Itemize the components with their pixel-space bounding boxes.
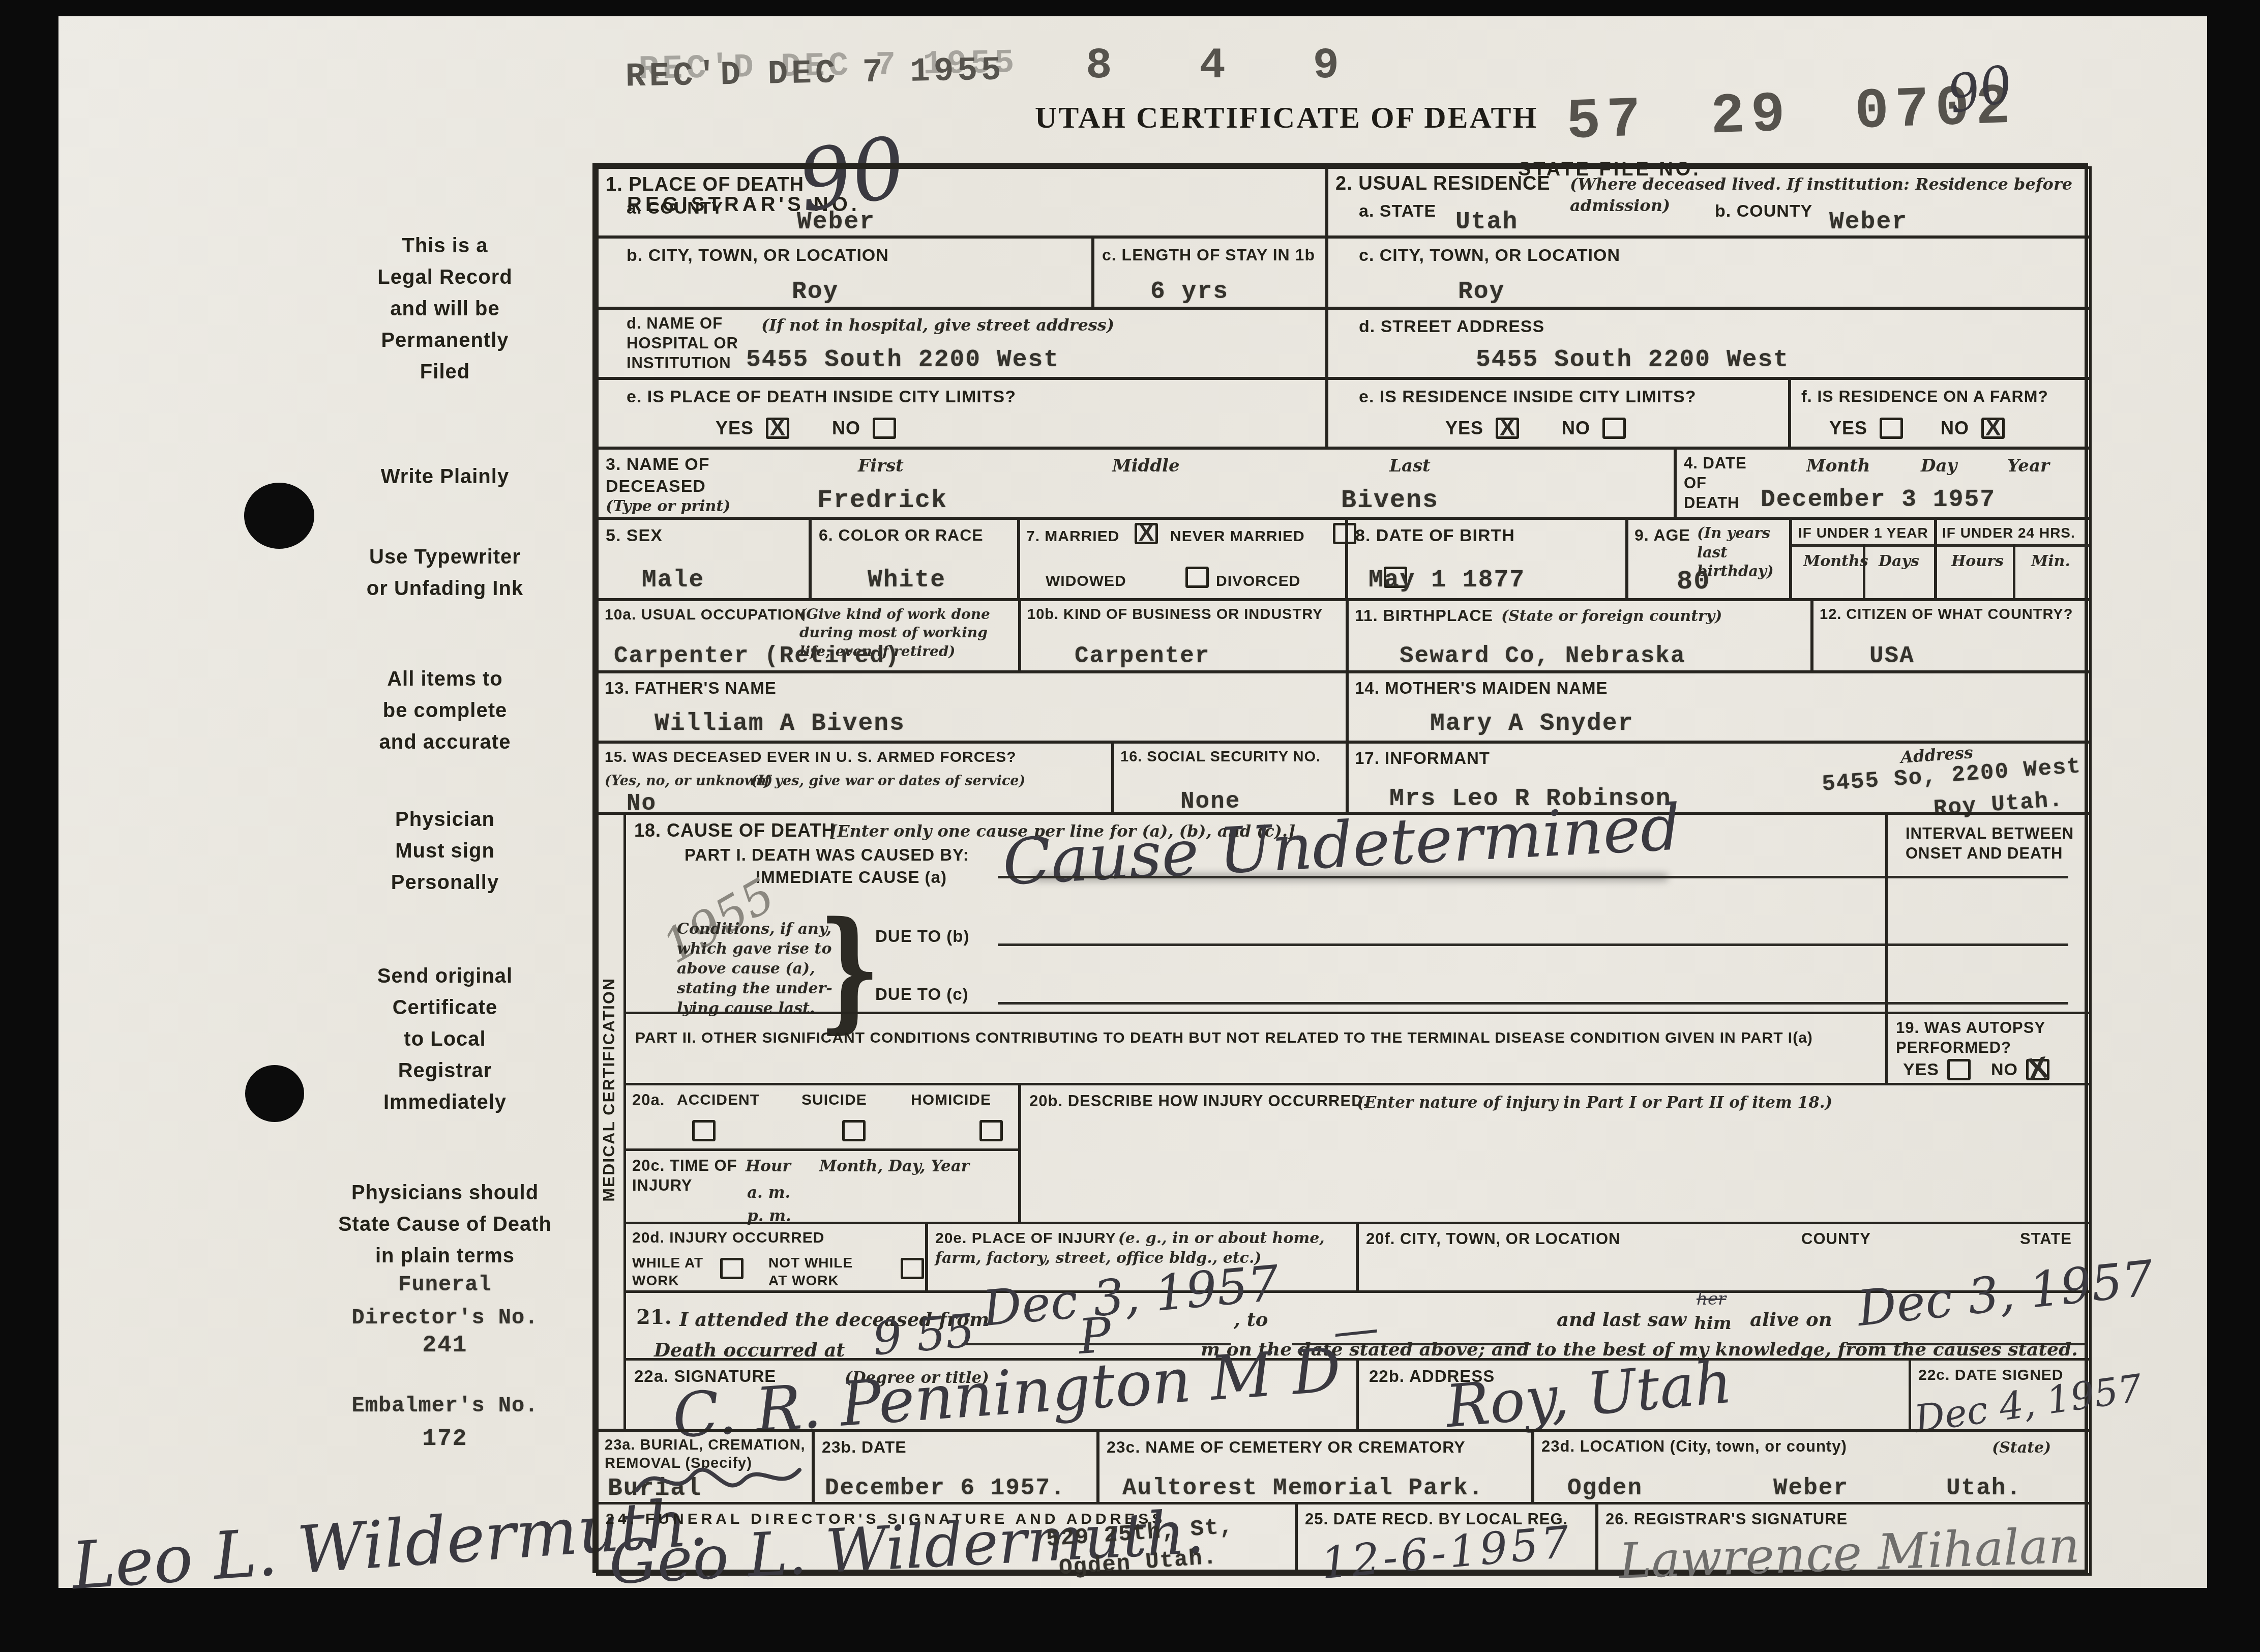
field-23b-date: 23b. DATE December 6 1957. [812, 1429, 1099, 1504]
field-1b-label: b. CITY, TOWN, OR LOCATION [627, 245, 889, 267]
field-20c-time-of-injury: 20c. TIME OF INJURY Hour Month, Day, Yea… [623, 1148, 1021, 1224]
field-8-date-of-birth: 8. DATE OF BIRTH May 1 1877 [1346, 517, 1628, 601]
under-24-hrs-header: IF UNDER 24 HRS. [1942, 524, 2075, 542]
field-1e-no-checkbox [873, 418, 896, 439]
field-18-part2: PART II. OTHER SIGNIFICANT CONDITIONS CO… [623, 1012, 1888, 1085]
field-18-cause-of-death: 18. CAUSE OF DEATH [Enter only one cause… [623, 812, 1888, 1014]
while-at-work-checkbox [720, 1258, 744, 1279]
field-2e-no-label: NO [1562, 417, 1590, 439]
field-8-value: May 1 1877 [1369, 567, 1525, 594]
field-1e-yes-label: YES [716, 417, 754, 439]
months-header: Months [1803, 551, 1868, 571]
field-9-note: (In years last birthday) [1697, 524, 1789, 581]
field-4-year-header: Year [2007, 455, 2049, 477]
field-23d-county-value: Weber [1773, 1475, 1849, 1501]
field-21-time-handwritten: 9 55 [871, 1304, 977, 1366]
field-2f-yes-checkbox [1880, 418, 1903, 439]
field-7-married-checkbox: X [1135, 523, 1158, 544]
field-2c-value: Roy [1458, 278, 1505, 306]
margin-note-plain-terms: Physicians should State Cause of Death i… [303, 1177, 587, 1272]
field-12-citizen: 12. CITIZEN OF WHAT COUNTRY? USA [1811, 599, 2092, 673]
field-20a-accident-suicide-homicide: 20a. ACCIDENT SUICIDE HOMICIDE [623, 1083, 1021, 1151]
month-day-year-header: Month, Day, Year [819, 1156, 969, 1176]
medical-certification-label: MEDICAL CERTIFICATION [600, 978, 618, 1202]
homicide-checkbox [979, 1120, 1003, 1141]
field-10a-occupation: 10a. USUAL OCCUPATION (Give kind of work… [596, 599, 1021, 673]
field-23b-value: December 6 1957. [825, 1475, 1066, 1501]
suicide-checkbox [842, 1120, 866, 1141]
field-1-place-of-death: 1. PLACE OF DEATH a. COUNTY Weber [596, 166, 1328, 238]
field-3-last-value: Bivens [1341, 486, 1439, 515]
field-1d-value: 5455 South 2200 West [746, 346, 1059, 374]
field-10b-value: Carpenter [1075, 643, 1210, 669]
not-while-at-work-checkbox [901, 1258, 924, 1279]
field-13-value: William A Bivens [655, 710, 905, 737]
field-12-value: USA [1869, 643, 1915, 669]
field-5-sex: 5. SEX Male [596, 517, 811, 601]
not-while-at-work-label: NOT WHILE AT WORK [768, 1254, 853, 1289]
field-2f-yes-label: YES [1829, 417, 1867, 439]
field-23d-location: 23d. LOCATION (City, town, or county) (S… [1532, 1429, 2092, 1504]
field-1d-note: (If not in hospital, give street address… [761, 315, 1114, 336]
field-23d-state-value: Utah. [1946, 1475, 2021, 1501]
field-9-age: 9. AGE (In years last birthday) 80 [1626, 517, 1792, 601]
field-21-text2: and last saw [1557, 1307, 1686, 1332]
field-9-value: 80 [1677, 567, 1710, 597]
field-5-value: Male [642, 567, 704, 594]
hour-header: Hour [746, 1156, 791, 1176]
field-13-label: 13. FATHER'S NAME [605, 677, 777, 698]
field-20b-label: 20b. DESCRIBE HOW INJURY OCCURRED. [1029, 1091, 1368, 1111]
field-2f-no-label: NO [1941, 417, 1969, 439]
am-label: a. m. [747, 1183, 790, 1203]
accident-label: ACCIDENT [677, 1090, 760, 1110]
field-18-due-c-label: DUE TO (c) [875, 984, 969, 1005]
field-12-label: 12. CITIZEN OF WHAT COUNTRY? [1820, 605, 2073, 624]
accident-checkbox [692, 1120, 716, 1141]
field-3-name-of-deceased: 3. NAME OF DECEASED (Type or print) Firs… [596, 447, 1676, 519]
funeral-director-no-value: 241 [303, 1327, 587, 1364]
field-15-note2: (If yes, give war or dates of service) [751, 772, 1025, 790]
field-11-note: (State or foreign country) [1501, 606, 1722, 626]
field-21-her-struck: her [1697, 1289, 1726, 1309]
field-3-first-header: First [858, 455, 904, 477]
field-17-label: 17. INFORMANT [1355, 748, 1490, 769]
field-10b-industry: 10b. KIND OF BUSINESS OR INDUSTRY Carpen… [1019, 599, 1348, 673]
field-4-date-of-death: 4. DATE OF DEATH Month Day Year December… [1674, 447, 2092, 519]
field-1e-city-limits: e. IS PLACE OF DEATH INSIDE CITY LIMITS?… [596, 377, 1328, 449]
field-16-ssn: 16. SOCIAL SECURITY NO. None [1112, 741, 1348, 814]
certificate-paper: REC'D DEC 7 1955 8 4 9 REGISTRAR'S NO. 9… [58, 16, 2207, 1588]
certificate-form-grid: 1. PLACE OF DEATH a. COUNTY Weber 2. USU… [592, 163, 2088, 1573]
field-23c-label: 23c. NAME OF CEMETERY OR CREMATORY [1107, 1437, 1466, 1457]
certificate-title: UTAH CERTIFICATE OF DEATH [1035, 100, 1538, 135]
field-9-label: 9. AGE [1634, 525, 1690, 545]
field-22b-handwritten: Roy, Utah [1443, 1348, 1735, 1441]
field-2f-no-checkbox: X [1981, 418, 2005, 439]
field-2c-label: c. CITY, TOWN, OR LOCATION [1359, 245, 1620, 267]
suicide-label: SUICIDE [801, 1090, 867, 1110]
field-15-label: 15. WAS DECEASED EVER IN U. S. ARMED FOR… [605, 748, 1017, 767]
field-10b-label: 10b. KIND OF BUSINESS OR INDUSTRY [1027, 605, 1323, 624]
field-20f-state-header: STATE [2020, 1229, 2072, 1249]
field-22b-address: 22b. ADDRESS Roy, Utah [1356, 1358, 1911, 1432]
field-7-widowed-label: WIDOWED [1046, 572, 1126, 591]
field-11-label: 11. BIRTHPLACE [1355, 605, 1493, 626]
margin-note-use-typewriter: Use Typewriter or Unfading Ink [303, 541, 587, 604]
field-23b-label: 23b. DATE [822, 1437, 907, 1457]
interval-label: INTERVAL BETWEEN ONSET AND DEATH [1906, 824, 2074, 864]
field-21-him: him [1694, 1312, 1732, 1335]
field-11-value: Seward Co, Nebraska [1400, 643, 1686, 669]
under-1-year-header: IF UNDER 1 YEAR [1798, 524, 1928, 542]
homicide-label: HOMICIDE [911, 1090, 991, 1110]
field-19-no-checkbox: X [2026, 1059, 2049, 1080]
field-4-day-header: Day [1921, 455, 1957, 477]
field-21-number: 21. [636, 1304, 672, 1331]
field-2e-city-limits: e. IS RESIDENCE INSIDE CITY LIMITS? YES … [1326, 377, 1791, 449]
funeral-director-no-label: Funeral Director's No. [303, 1268, 587, 1335]
field-2d-value: 5455 South 2200 West [1476, 346, 1789, 374]
field-20c-label: 20c. TIME OF INJURY [632, 1156, 737, 1196]
field-2e-label: e. IS RESIDENCE INSIDE CITY LIMITS? [1359, 386, 1696, 408]
field-22a-signature: 22a. SIGNATURE (Degree or title) C. R. P… [623, 1358, 1359, 1432]
field-10a-label: 10a. USUAL OCCUPATION [605, 605, 806, 625]
field-18-label: 18. CAUSE OF DEATH [634, 819, 835, 842]
field-20e-label: 20e. PLACE OF INJURY [935, 1230, 1116, 1247]
field-9-under-24-hrs: IF UNDER 24 HRS. Hours Min. [1935, 517, 2092, 601]
field-1d-hospital: d. NAME OF HOSPITAL OR INSTITUTION (If n… [596, 307, 1328, 379]
embalmer-no-value: 172 [303, 1421, 587, 1457]
punch-hole-bottom [245, 1065, 304, 1122]
field-11-birthplace: 11. BIRTHPLACE (State or foreign country… [1346, 599, 1813, 673]
field-19-yes-label: YES [1903, 1059, 1939, 1081]
under-24-hrs-col-divider [2013, 544, 2015, 598]
field-20f-county-header: COUNTY [1801, 1229, 1871, 1249]
field-2d-label: d. STREET ADDRESS [1359, 316, 1544, 338]
field-3-first-value: Fredrick [817, 486, 947, 515]
margin-note-send-original: Send original Certificate to Local Regis… [303, 960, 587, 1118]
field-13-father-name: 13. FATHER'S NAME William A Bivens [596, 671, 1348, 743]
field-2f-yes-no: YES NO X [1829, 417, 2005, 439]
interval-column: INTERVAL BETWEEN ONSET AND DEATH [1885, 812, 2092, 1014]
field-18-conditions-note: Conditions, if any, which gave rise to a… [677, 919, 832, 1018]
field-2e-yes-label: YES [1445, 417, 1483, 439]
scanned-death-certificate: { "header": { "received_stamp": "REC'D D… [0, 0, 2260, 1652]
field-1c-label: c. LENGTH OF STAY IN 1b [1102, 245, 1315, 265]
medical-certification-strip: MEDICAL CERTIFICATION [596, 812, 626, 1431]
field-19-no-label: NO [1991, 1059, 2018, 1081]
field-19-yes-checkbox [1947, 1059, 1971, 1080]
field-2-title-note: (Where deceased lived. If institution: R… [1570, 174, 2078, 216]
field-9-under-1-year: IF UNDER 1 YEAR Months Days [1790, 517, 1937, 601]
field-23a-burial: 23a. BURIAL, CREMATION, REMOVAL (Specify… [596, 1429, 814, 1504]
received-stamp-digits: 8 4 9 [1086, 41, 1370, 91]
field-4-month-header: Month [1806, 455, 1870, 477]
field-3-note: (Type or print) [606, 496, 730, 516]
field-6-color-or-race: 6. COLOR OR RACE White [809, 517, 1020, 601]
field-26-registrar-signature: 26. REGISTRAR'S SIGNATURE Lawrence Mihal… [1596, 1502, 2092, 1576]
field-25-date-received: 25. DATE RECD. BY LOCAL REG. 12-6-1957 [1295, 1502, 1598, 1576]
field-7-widowed-checkbox [1185, 567, 1209, 588]
field-3-last-header: Last [1389, 455, 1431, 477]
margin-note-legal-record: This is a Legal Record and will be Perma… [303, 230, 587, 388]
field-19-autopsy: 19. WAS AUTOPSY PERFORMED? YES NO X [1885, 1012, 2092, 1085]
embalmer-no-label: Embalmer's No. [303, 1390, 587, 1423]
field-2e-no-checkbox [1602, 418, 1626, 439]
field-3-title: 3. NAME OF DECEASED [606, 454, 710, 497]
field-20d-injury-occurred: 20d. INJURY OCCURRED WHILE AT WORK NOT W… [623, 1222, 928, 1293]
handwriting-scrawl [634, 1452, 802, 1508]
field-24-funeral-director: 24. FUNERAL DIRECTOR'S SIGNATURE AND ADD… [596, 1502, 1297, 1576]
field-2f-label: f. IS RESIDENCE ON A FARM? [1801, 386, 2048, 406]
field-2d-street-address: d. STREET ADDRESS 5455 South 2200 West [1326, 307, 2092, 379]
field-2a-value: Utah [1455, 209, 1518, 236]
margin-note-write-plainly: Write Plainly [303, 461, 587, 492]
field-2f-farm: f. IS RESIDENCE ON A FARM? YES NO X [1789, 377, 2092, 449]
field-21-text3: alive on [1750, 1307, 1832, 1332]
field-23d-state-note: (State) [1992, 1438, 2051, 1458]
punch-hole-top [244, 483, 314, 549]
field-15-armed-forces: 15. WAS DECEASED EVER IN U. S. ARMED FOR… [596, 741, 1114, 814]
field-7-marital-status: 7. MARRIED X NEVER MARRIED WIDOWED DIVOR… [1018, 517, 1348, 601]
field-4-title: 4. DATE OF DEATH [1684, 454, 1747, 513]
field-2e-yes-checkbox: X [1496, 418, 1519, 439]
field-15-note1: (Yes, no, or unknown) [605, 772, 772, 790]
field-7-never-married-label: NEVER MARRIED [1170, 527, 1305, 546]
field-6-value: White [868, 567, 946, 594]
field-16-label: 16. SOCIAL SECURITY NO. [1120, 748, 1321, 766]
field-18-part1-label: PART I. DEATH WAS CAUSED BY: [685, 844, 969, 865]
field-23d-city-value: Ogden [1567, 1475, 1643, 1501]
field-2c-city: c. CITY, TOWN, OR LOCATION Roy [1326, 236, 2092, 309]
field-18-part2-label: PART II. OTHER SIGNIFICANT CONDITIONS CO… [635, 1028, 1871, 1048]
field-7-married-label: 7. MARRIED [1026, 527, 1119, 546]
field-19-yes-no: YES NO X [1903, 1059, 2049, 1081]
field-1a-label: a. COUNTY [627, 197, 723, 219]
field-1-title: 1. PLACE OF DEATH [606, 173, 804, 197]
field-21-to-label: , to [1234, 1307, 1268, 1332]
field-14-value: Mary A Snyder [1430, 710, 1633, 737]
field-1e-yes-checkbox: X [766, 418, 789, 439]
field-14-mother-name: 14. MOTHER'S MAIDEN NAME Mary A Snyder [1346, 671, 2092, 743]
field-20b-note: (Enter nature of injury in Part I or Par… [1357, 1093, 1832, 1113]
field-2a-label: a. STATE [1359, 200, 1436, 222]
min-header: Min. [2031, 551, 2070, 571]
field-10a-value: Carpenter (Retired) [614, 643, 900, 669]
field-1b-city: b. CITY, TOWN, OR LOCATION Roy [596, 236, 1094, 309]
field-20d-label: 20d. INJURY OCCURRED [632, 1228, 824, 1248]
field-2-title: 2. USUAL RESIDENCE [1335, 172, 1551, 196]
field-19-label: 19. WAS AUTOPSY PERFORMED? [1896, 1018, 2045, 1058]
field-1d-label: d. NAME OF HOSPITAL OR INSTITUTION [627, 314, 738, 373]
field-18-due-b-label: DUE TO (b) [875, 926, 969, 947]
field-14-label: 14. MOTHER'S MAIDEN NAME [1355, 677, 1608, 698]
field-20f-label: 20f. CITY, TOWN, OR LOCATION [1366, 1229, 1620, 1249]
hours-header: Hours [1951, 551, 2004, 571]
field-1a-value: Weber [797, 209, 875, 236]
margin-note-items-complete: All items to be complete and accurate [303, 663, 587, 758]
field-1c-value: 6 yrs [1150, 278, 1229, 306]
while-at-work-label: WHILE AT WORK [632, 1254, 703, 1289]
field-2b-value: Weber [1829, 209, 1908, 236]
days-header: Days [1879, 551, 1919, 571]
field-1e-yes-no: YES X NO [716, 417, 896, 439]
margin-note-physician-sign: Physician Must sign Personally [303, 804, 587, 898]
field-2b-label: b. COUNTY [1715, 200, 1812, 222]
field-6-label: 6. COLOR OR RACE [819, 525, 984, 545]
field-1e-no-label: NO [832, 417, 860, 439]
field-23c-cemetery: 23c. NAME OF CEMETERY OR CREMATORY Aulto… [1097, 1429, 1534, 1504]
field-1b-value: Roy [792, 278, 839, 306]
field-2e-yes-no: YES X NO [1445, 417, 1626, 439]
field-1e-label: e. IS PLACE OF DEATH INSIDE CITY LIMITS? [627, 386, 1016, 408]
received-date-stamp: REC'D DEC 7 1955 [625, 51, 1005, 96]
field-2-usual-residence: 2. USUAL RESIDENCE (Where deceased lived… [1326, 166, 2092, 238]
field-8-label: 8. DATE OF BIRTH [1355, 525, 1515, 547]
field-20a-label: 20a. [632, 1090, 665, 1110]
field-21-attendance: 21. I attended the deceased from Dec 3, … [623, 1290, 2092, 1361]
field-23d-label: 23d. LOCATION (City, town, or county) [1541, 1437, 1847, 1457]
field-16-value: None [1180, 788, 1240, 815]
field-7-divorced-label: DIVORCED [1216, 572, 1300, 591]
field-3-middle-header: Middle [1112, 455, 1180, 477]
field-1c-length-of-stay: c. LENGTH OF STAY IN 1b 6 yrs [1092, 236, 1328, 309]
field-4-value: December 3 1957 [1761, 486, 1996, 514]
field-22c-date-signed: 22c. DATE SIGNED Dec 4, 1957 [1909, 1358, 2092, 1432]
field-5-label: 5. SEX [606, 525, 663, 547]
field-20b-describe-injury: 20b. DESCRIBE HOW INJURY OCCURRED. (Ente… [1019, 1083, 2092, 1224]
